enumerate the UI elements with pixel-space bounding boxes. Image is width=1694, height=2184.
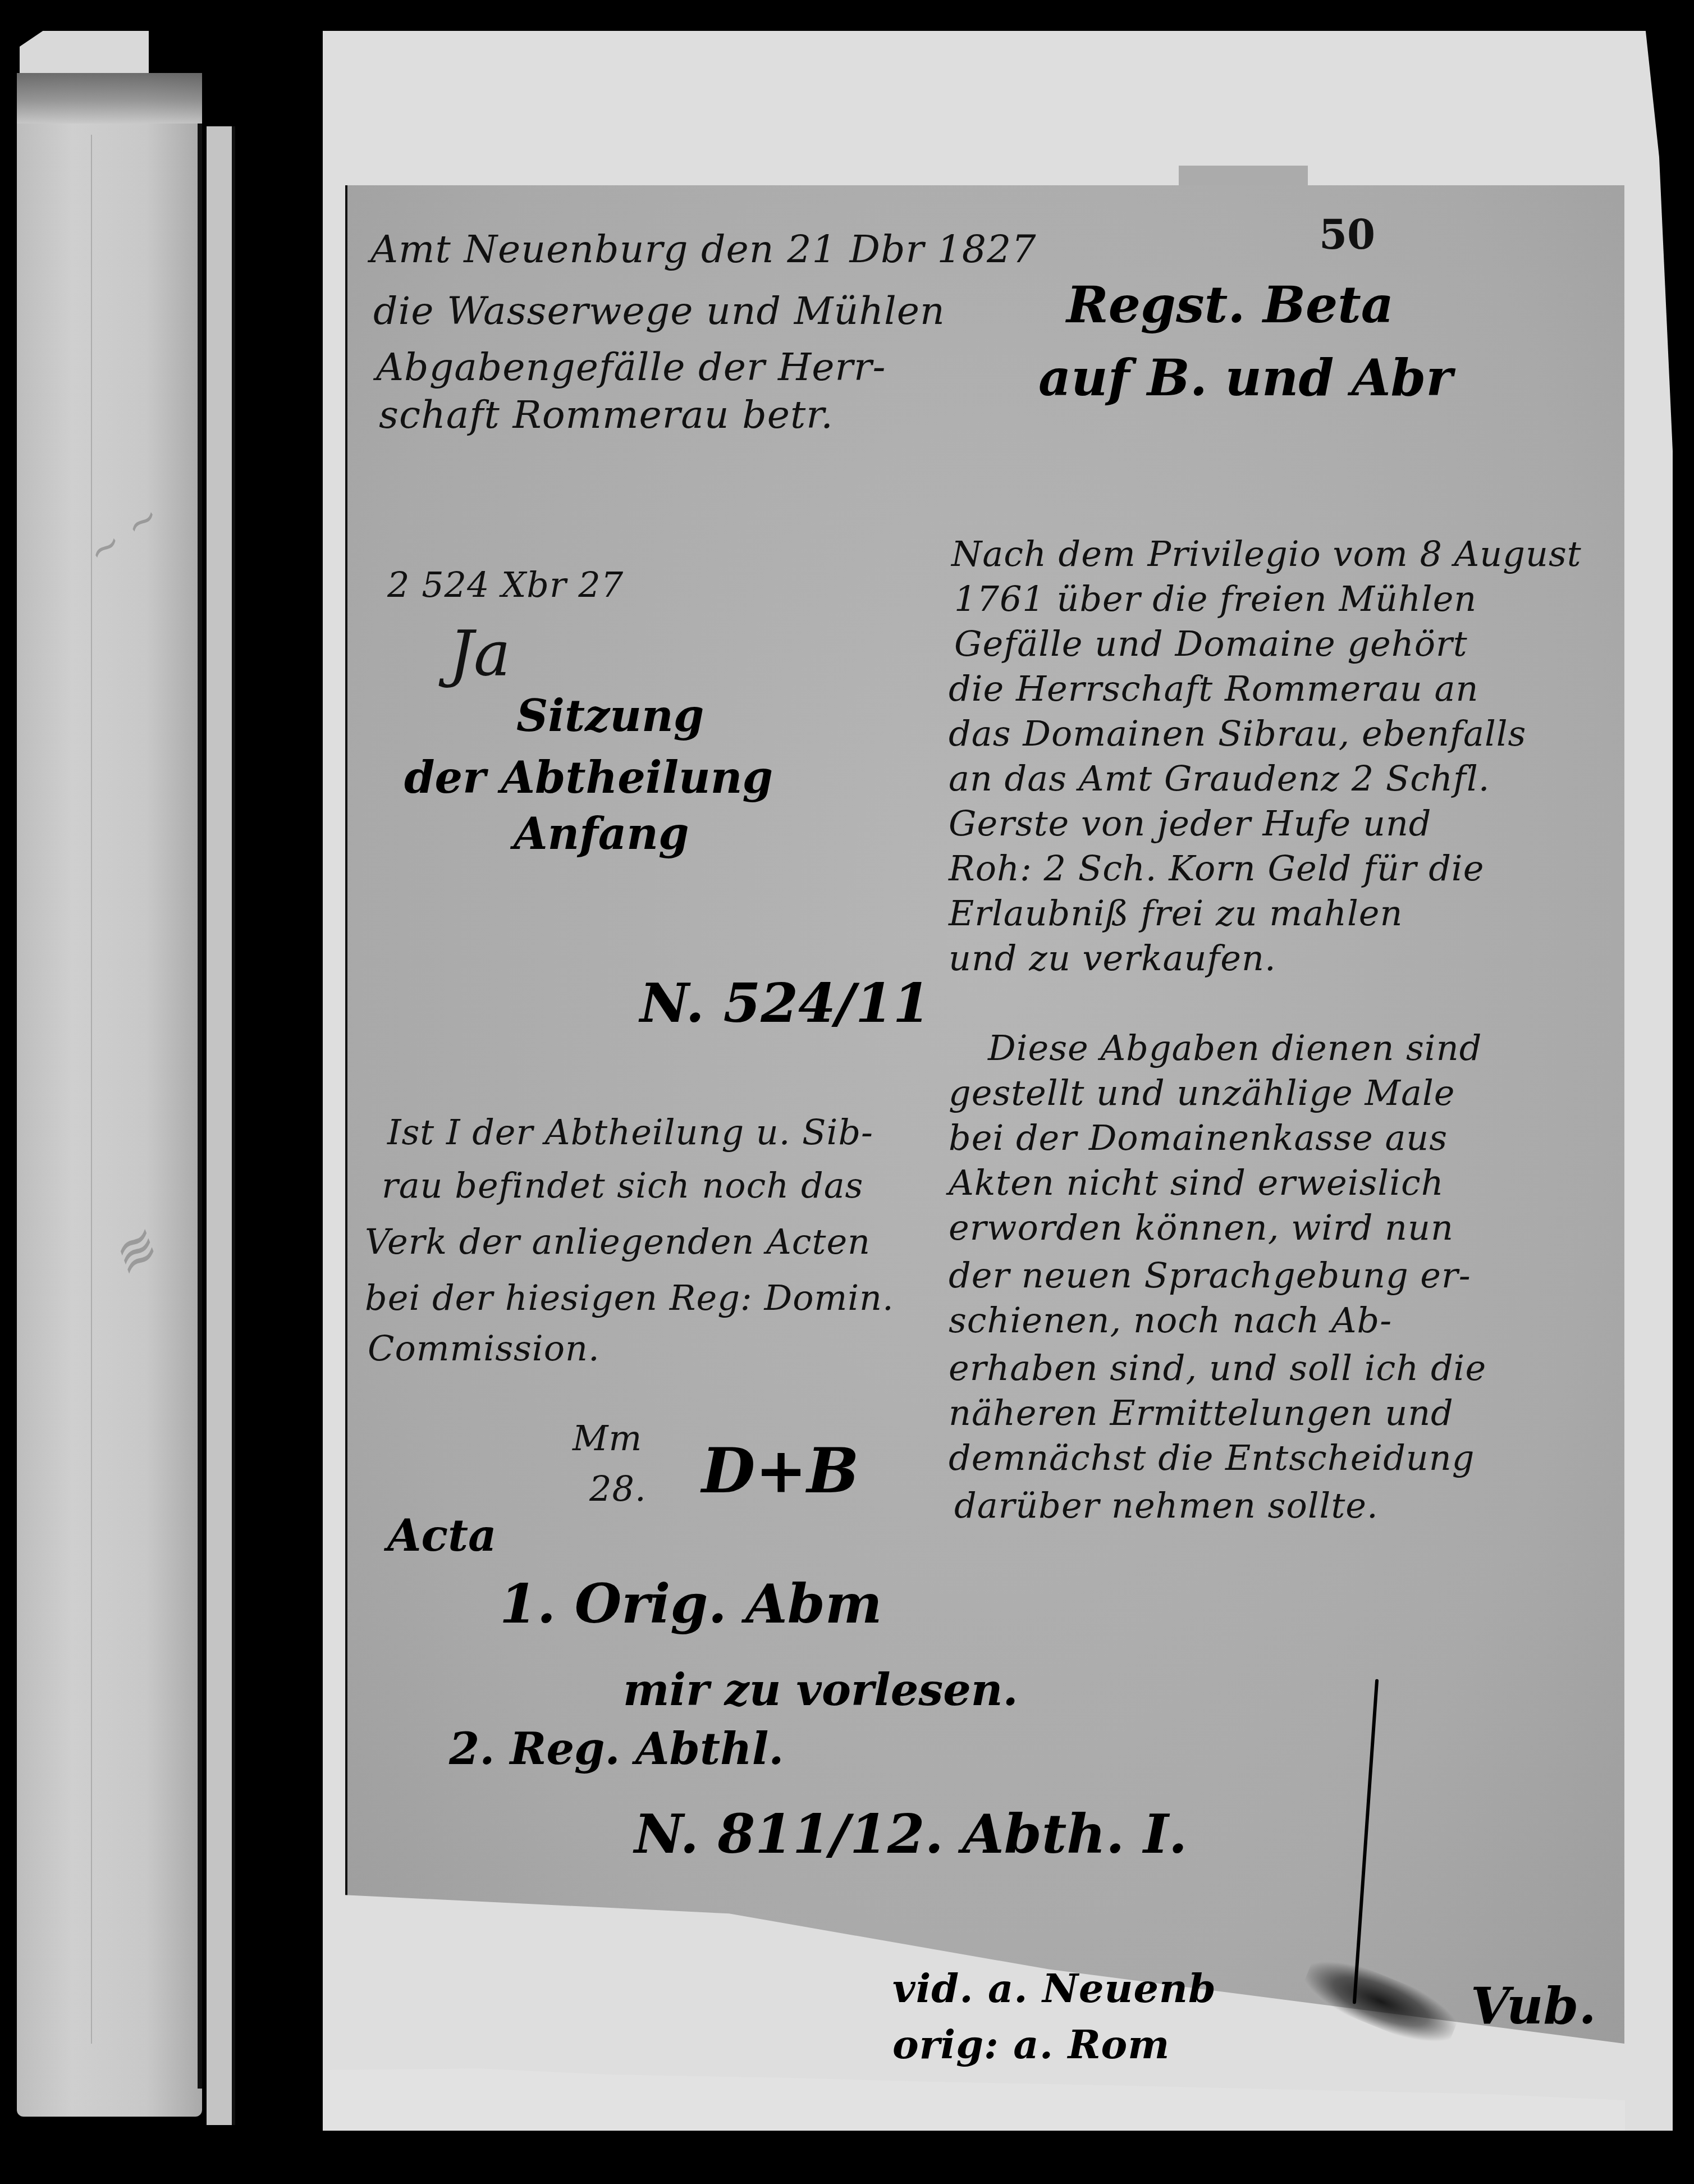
right-heading: Regst. Beta [1066,275,1394,335]
resolution-line: Ist I der Abtheilung u. Sib- [387,1112,873,1153]
action-item: 2. Reg. Abthl. [449,1724,784,1775]
body-line: darüber nehmen sollte. [954,1485,1379,1526]
initials-signature: D+B [702,1434,859,1507]
header-line: die Wasserwege und Mühlen [373,289,945,333]
binding-strip: ~ ~ ≋ [17,73,202,2117]
margin-note-abtheilung: der Abtheilung [404,752,773,803]
body-line: Gerste von jeder Hufe und [949,803,1432,844]
reference-number: 2 524 Xbr 27 [387,564,624,605]
body-line: schienen, noch nach Ab- [949,1300,1392,1341]
body-line: und zu verkaufen. [949,938,1276,979]
body-line: Nach dem Privilegio vom 8 August [951,533,1582,574]
body-line: die Herrschaft Rommerau an [949,668,1478,709]
resolution-line: Verk der anliegenden Acten [365,1221,871,1262]
page-number: 50 [1319,211,1375,258]
resolution-line: bei der hiesigen Reg: Domin. [365,1277,894,1318]
body-line: 1761 über die freien Mühlen [954,578,1477,619]
body-line: Gefälle und Domaine gehört [954,623,1468,664]
bleed-through-smudge: ≋ [99,1217,168,1290]
action-item: 1. Orig. Abm [500,1572,882,1635]
binding-shadow [17,73,202,124]
margin-note-ja: Ja [449,618,511,689]
margin-note-sitzung: Sitzung [516,691,704,742]
body-line: Akten nicht sind erweislich [949,1162,1444,1203]
footer-line: vid. a. Neuenb [892,1965,1216,2012]
header-line: schaft Rommerau betr. [379,393,834,437]
body-line: Erlaubniß frei zu mahlen [949,893,1403,934]
body-line: bei der Domainenkasse aus [949,1117,1448,1158]
footer-line: orig: a. Rom [892,2021,1170,2068]
body-line: an das Amt Graudenz 2 Schfl. [949,758,1490,799]
header-line: Abgabengefälle der Herr- [376,345,886,390]
binding-seam [91,135,92,2044]
binding-top-tab [20,31,149,76]
resolution-line: Commission. [368,1328,600,1369]
body-line: gestellt und unzählige Male [949,1072,1455,1113]
resolution-line: rau befindet sich noch das [382,1165,863,1206]
page-gutter [207,126,235,2125]
action-item: N. 811/12. Abth. I. [634,1802,1187,1866]
action-item: mir zu vorlesen. [623,1665,1018,1716]
right-heading: auf B. und Abr [1038,348,1453,408]
body-line: demnächst die Entscheidung [949,1437,1475,1478]
body-line: erworden können, wird nun [949,1207,1454,1248]
body-line: Diese Abgaben dienen sind [988,1027,1482,1068]
body-line: das Domainen Sibrau, ebenfalls [949,713,1526,754]
binding-fold-line [198,124,202,2089]
header-line: Amt Neuenburg den 21 Dbr 1827 [370,227,1037,272]
date-label: Mm [573,1418,642,1459]
body-line: näheren Ermittelungen und [949,1392,1454,1433]
body-line: der neuen Sprachgebung er- [949,1255,1471,1296]
journal-number: N. 524/11 [640,971,931,1035]
closing-signature: Vub. [1471,1976,1596,2036]
margin-note-anfang: Anfang [514,808,689,860]
acta-note: Acta [387,1510,497,1561]
document-top-tab [1179,166,1308,188]
body-line: Roh: 2 Sch. Korn Geld für die [949,848,1484,889]
date-day: 28. [589,1468,647,1509]
body-line: erhaben sind, und soll ich die [949,1347,1486,1388]
